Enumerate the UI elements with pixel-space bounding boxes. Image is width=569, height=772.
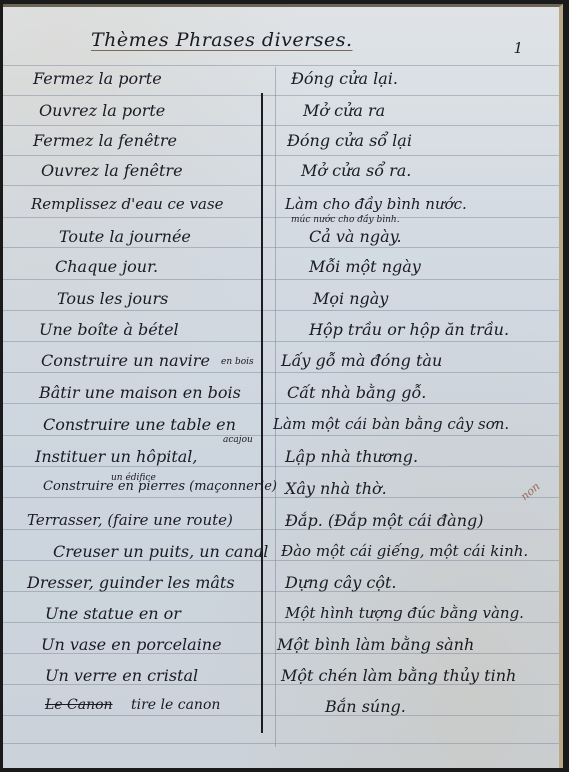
phrase-row: Un vase en porcelaine Một bình làm bằng …	[3, 635, 559, 665]
french-phrase: Instituer un hôpital,	[35, 447, 197, 466]
ruled-line	[3, 65, 559, 66]
french-phrase: Bâtir une maison en bois	[39, 383, 241, 402]
page-number: 1	[513, 39, 523, 57]
struck-french-phrase: Le Canon	[45, 697, 113, 713]
french-phrase: Tous les jours	[57, 289, 168, 308]
phrase-row: Remplissez d'eau ce vase Làm cho đầy bìn…	[3, 195, 559, 225]
vietnamese-phrase: Dựng cây cột.	[285, 573, 397, 592]
page-title: Thèmes Phrases diverses.	[91, 29, 353, 51]
vietnamese-phrase: Một bình làm bằng sành	[277, 635, 474, 654]
phrase-row: Ouvrez la porte Mở cửa ra	[3, 101, 559, 131]
phrase-row: Tous les jours Mọi ngày	[3, 289, 559, 319]
vietnamese-phrase: Làm một cái bàn bằng cây sơn.	[273, 415, 509, 433]
phrase-row: Un verre en cristal Một chén làm bằng th…	[3, 666, 559, 696]
french-phrase: Dresser, guinder les mâts	[27, 573, 235, 592]
vietnamese-phrase: Một hình tượng đúc bằng vàng.	[285, 604, 524, 622]
phrase-row: Construire en pierres (maçonnerie) un éd…	[3, 479, 559, 509]
interlinear-correction: en bois	[221, 357, 254, 367]
french-phrase: Une boîte à bétel	[39, 320, 179, 339]
vietnamese-phrase: Lập nhà thương.	[285, 447, 418, 466]
french-phrase: Toute la journée	[59, 227, 191, 246]
french-phrase: Construire en pierres (maçonnerie)	[43, 479, 277, 494]
phrase-row: Fermez la porte Đóng cửa lại.	[3, 69, 559, 99]
phrase-row: Une boîte à bétel Hộp trầu or hộp ăn trầ…	[3, 320, 559, 350]
french-phrase: Ouvrez la porte	[39, 101, 165, 120]
phrase-row: Terrasser, (faire une route) Đắp. (Đắp m…	[3, 511, 559, 541]
vietnamese-phrase: Cất nhà bằng gỗ.	[287, 383, 426, 402]
french-phrase: Creuser un puits, un canal	[53, 542, 268, 561]
french-phrase: Un vase en porcelaine	[41, 635, 222, 654]
notebook-page: Thèmes Phrases diverses. 1 non Fermez la…	[3, 4, 563, 768]
vietnamese-phrase: Đào một cái giếng, một cái kinh.	[281, 542, 528, 560]
vietnamese-phrase: Mở cửa sổ ra.	[301, 161, 411, 180]
phrase-row: Le Canon tire le canon Bắn súng.	[3, 697, 559, 727]
phrase-row: Toute la journée Cả và ngày.	[3, 227, 559, 257]
french-phrase: Ouvrez la fenêtre	[41, 161, 183, 180]
phrase-row: Une statue en or Một hình tượng đúc bằng…	[3, 604, 559, 634]
vietnamese-phrase: Cả và ngày.	[309, 227, 402, 246]
vietnamese-phrase: Đóng cửa lại.	[291, 69, 398, 88]
vietnamese-phrase: Xây nhà thờ.	[285, 479, 387, 498]
vietnamese-phrase: Đắp. (Đắp một cái đàng)	[285, 511, 483, 530]
phrase-row: Creuser un puits, un canal Đào một cái g…	[3, 542, 559, 572]
interlinear-correction: un édifice	[111, 473, 156, 483]
vietnamese-phrase: Mở cửa ra	[303, 101, 385, 120]
phrase-row: Construire un navire en bois Lấy gỗ mà đ…	[3, 351, 559, 381]
phrase-row: Instituer un hôpital, Lập nhà thương.	[3, 447, 559, 477]
french-phrase: Fermez la fenêtre	[33, 131, 177, 150]
french-phrase: Chaque jour.	[55, 257, 158, 276]
phrase-row: Dresser, guinder les mâts Dựng cây cột.	[3, 573, 559, 603]
french-phrase: tire le canon	[131, 697, 220, 713]
phrase-row: Ouvrez la fenêtre Mở cửa sổ ra.	[3, 161, 559, 191]
phrase-row: Chaque jour. Mỗi một ngày	[3, 257, 559, 287]
vietnamese-phrase: Hộp trầu or hộp ăn trầu.	[309, 320, 509, 339]
french-phrase: Une statue en or	[45, 604, 181, 623]
french-phrase: Terrasser, (faire une route)	[27, 511, 233, 529]
vietnamese-phrase: Đóng cửa sổ lại	[287, 131, 412, 150]
phrase-row: Fermez la fenêtre Đóng cửa sổ lại	[3, 131, 559, 161]
french-phrase: Remplissez d'eau ce vase	[31, 195, 224, 213]
ruled-line	[3, 743, 559, 744]
french-phrase: Construire un navire	[41, 351, 210, 370]
phrase-row: Bâtir une maison en bois Cất nhà bằng gỗ…	[3, 383, 559, 413]
vietnamese-phrase: Một chén làm bằng thủy tinh	[281, 666, 516, 685]
interlinear-correction: acajou	[223, 435, 253, 445]
vietnamese-phrase: Bắn súng.	[325, 697, 406, 716]
phrase-row: Construire une table en acajou Làm một c…	[3, 415, 559, 445]
french-phrase: Construire une table en	[43, 415, 236, 434]
vietnamese-phrase: Lấy gỗ mà đóng tàu	[281, 351, 442, 370]
vietnamese-phrase: Mọi ngày	[313, 289, 388, 308]
french-phrase: Fermez la porte	[33, 69, 162, 88]
vietnamese-phrase: Làm cho đầy bình nước.	[285, 195, 467, 213]
vietnamese-phrase: Mỗi một ngày	[309, 257, 421, 276]
interlinear-correction: múc nước cho đầy bình.	[291, 215, 400, 225]
french-phrase: Un verre en cristal	[45, 666, 198, 685]
